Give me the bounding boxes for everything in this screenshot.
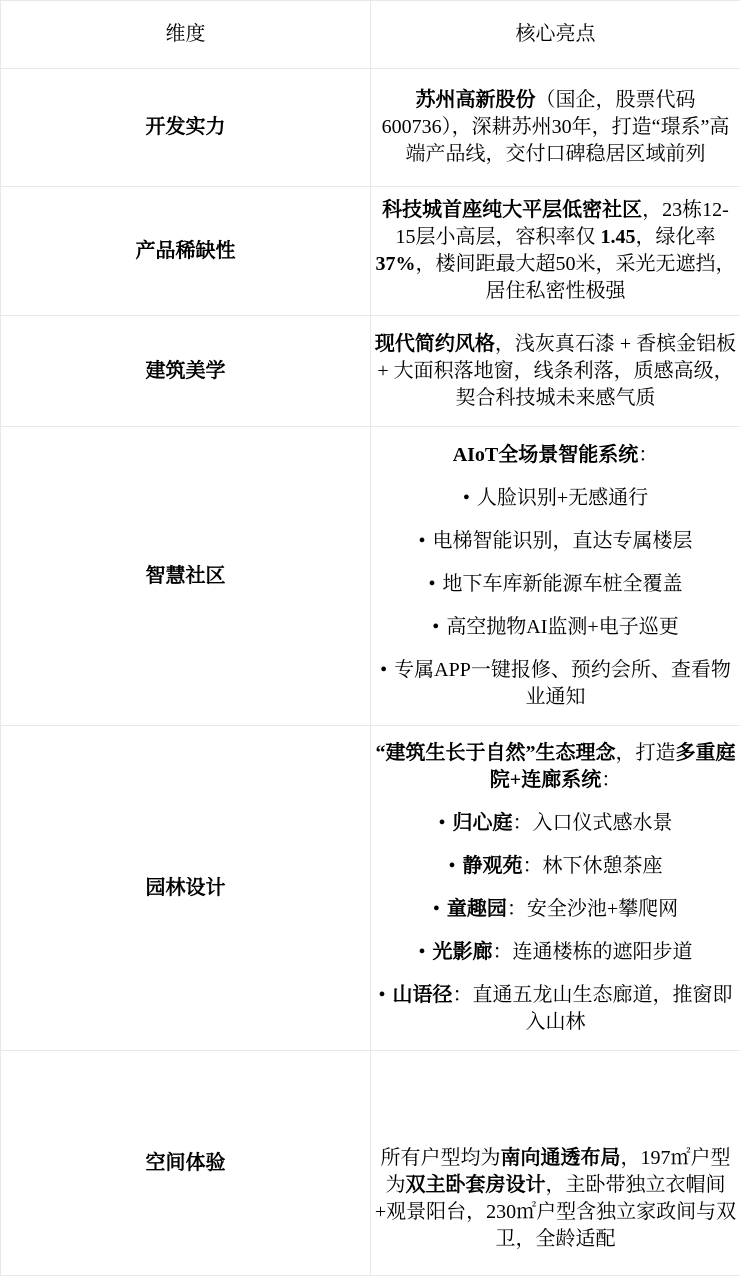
row-content-product-scarcity: 科技城首座纯大平层低密社区，23栋12-15层小高层，容积率仅 1.45，绿化率… [371, 187, 740, 316]
list-item: •高空抛物AI监测+电子巡更 [374, 614, 737, 641]
bullet-icon: • [380, 659, 387, 681]
list-item: •人脸识别+无感通行 [374, 485, 737, 512]
paragraph: AIoT全场景智能系统： [374, 442, 737, 469]
row-content-space-experience: 所有户型均为南向通透布局，197㎡户型为双主卧套房设计，主卧带独立衣帽间+观景阳… [371, 1051, 740, 1276]
row-label-architecture-aesthetics: 建筑美学 [1, 316, 371, 427]
bullet-icon: • [418, 530, 425, 552]
row-content-landscape-design: “建筑生长于自然”生态理念，打造多重庭院+连廊系统： •归心庭：入口仪式感水景 … [371, 726, 740, 1051]
text-segment: ：入口仪式感水景 [513, 812, 673, 834]
bullet-icon: • [433, 898, 440, 920]
header-dimension: 维度 [1, 1, 371, 69]
paragraph: 苏州高新股份（国企，股票代码600736），深耕苏州30年，打造“璟系”高端产品… [374, 87, 737, 168]
text-segment: 光影廊 [433, 941, 493, 963]
row-label-landscape-design: 园林设计 [1, 726, 371, 1051]
text-segment: ，打造 [616, 742, 676, 764]
text-segment: “建筑生长于自然”生态理念 [376, 742, 616, 764]
paragraph: 科技城首座纯大平层低密社区，23栋12-15层小高层，容积率仅 1.45，绿化率… [374, 197, 737, 305]
table-row: 建筑美学 现代简约风格，浅灰真石漆 + 香槟金铝板 + 大面积落地窗，线条利落，… [1, 316, 740, 427]
list-item: •静观苑：林下休憩茶座 [374, 853, 737, 880]
bullet-icon: • [378, 984, 385, 1006]
paragraph: 现代简约风格，浅灰真石漆 + 香槟金铝板 + 大面积落地窗，线条利落，质感高级，… [374, 331, 737, 412]
text-segment: 南向通透布局 [501, 1147, 621, 1169]
table-row: 智慧社区 AIoT全场景智能系统： •人脸识别+无感通行 •电梯智能识别，直达专… [1, 427, 740, 726]
text-segment: ，楼间距最大超50米，采光无遮挡，居住私密性极强 [416, 253, 736, 302]
text-segment: 专属APP一键报修、预约会所、查看物业通知 [394, 659, 731, 708]
list-item: •归心庭：入口仪式感水景 [374, 810, 737, 837]
text-segment: 所有户型均为 [381, 1147, 501, 1169]
text-segment: 现代简约风格 [375, 333, 495, 355]
list-item: •地下车库新能源车桩全覆盖 [374, 571, 737, 598]
bullet-icon: • [438, 812, 445, 834]
text-segment: 山语径 [393, 984, 453, 1006]
text-segment: ：连通楼栋的遮阳步道 [493, 941, 693, 963]
text-segment: 童趣园 [447, 898, 507, 920]
header-highlights: 核心亮点 [371, 1, 740, 69]
text-segment: 苏州高新股份 [416, 89, 536, 111]
text-segment: 人脸识别+无感通行 [477, 487, 648, 509]
row-label-dev-strength: 开发实力 [1, 69, 371, 187]
text-segment: 37% [376, 253, 416, 275]
bullet-icon: • [432, 616, 439, 638]
list-item: •山语径：直通五龙山生态廊道，推窗即入山林 [374, 982, 737, 1036]
text-segment: ：直通五龙山生态廊道，推窗即入山林 [453, 984, 733, 1033]
text-segment: 静观苑 [463, 855, 523, 877]
text-segment: AIoT全场景智能系统 [453, 444, 639, 466]
text-segment: ：安全沙池+攀爬网 [507, 898, 678, 920]
text-segment: 电梯智能识别，直达专属楼层 [433, 530, 693, 552]
list-item: •电梯智能识别，直达专属楼层 [374, 528, 737, 555]
text-segment: 地下车库新能源车桩全覆盖 [443, 573, 683, 595]
row-content-dev-strength: 苏州高新股份（国企，股票代码600736），深耕苏州30年，打造“璟系”高端产品… [371, 69, 740, 187]
text-segment: ： [601, 769, 621, 791]
text-segment: 高空抛物AI监测+电子巡更 [446, 616, 678, 638]
list-item: •童趣园：安全沙池+攀爬网 [374, 896, 737, 923]
table-header-row: 维度 核心亮点 [1, 1, 740, 69]
list-item: •专属APP一键报修、预约会所、查看物业通知 [374, 657, 737, 711]
row-label-space-experience: 空间体验 [1, 1051, 371, 1276]
bullet-icon: • [463, 487, 470, 509]
table-row: 产品稀缺性 科技城首座纯大平层低密社区，23栋12-15层小高层，容积率仅 1.… [1, 187, 740, 316]
bullet-icon: • [428, 573, 435, 595]
row-content-architecture-aesthetics: 现代简约风格，浅灰真石漆 + 香槟金铝板 + 大面积落地窗，线条利落，质感高级，… [371, 316, 740, 427]
table-row: 开发实力 苏州高新股份（国企，股票代码600736），深耕苏州30年，打造“璟系… [1, 69, 740, 187]
row-label-product-scarcity: 产品稀缺性 [1, 187, 371, 316]
row-content-smart-community: AIoT全场景智能系统： •人脸识别+无感通行 •电梯智能识别，直达专属楼层 •… [371, 427, 740, 726]
text-segment: 双主卧套房设计 [406, 1174, 546, 1196]
paragraph: 所有户型均为南向通透布局，197㎡户型为双主卧套房设计，主卧带独立衣帽间+观景阳… [374, 1145, 737, 1253]
text-segment: 归心庭 [453, 812, 513, 834]
row-label-smart-community: 智慧社区 [1, 427, 371, 726]
table-row: 园林设计 “建筑生长于自然”生态理念，打造多重庭院+连廊系统： •归心庭：入口仪… [1, 726, 740, 1051]
text-segment: 科技城首座纯大平层低密社区 [382, 199, 642, 221]
bullet-icon: • [448, 855, 455, 877]
table-row: 空间体验 所有户型均为南向通透布局，197㎡户型为双主卧套房设计，主卧带独立衣帽… [1, 1051, 740, 1276]
paragraph: “建筑生长于自然”生态理念，打造多重庭院+连廊系统： [374, 740, 737, 794]
text-segment: ： [638, 444, 658, 466]
text-segment: ：林下休憩茶座 [523, 855, 663, 877]
text-segment: 1.45 [601, 226, 636, 248]
text-segment: ，绿化率 [636, 226, 716, 248]
bullet-icon: • [418, 941, 425, 963]
highlights-table: 维度 核心亮点 开发实力 苏州高新股份（国企，股票代码600736），深耕苏州3… [0, 0, 740, 1276]
list-item: •光影廊：连通楼栋的遮阳步道 [374, 939, 737, 966]
